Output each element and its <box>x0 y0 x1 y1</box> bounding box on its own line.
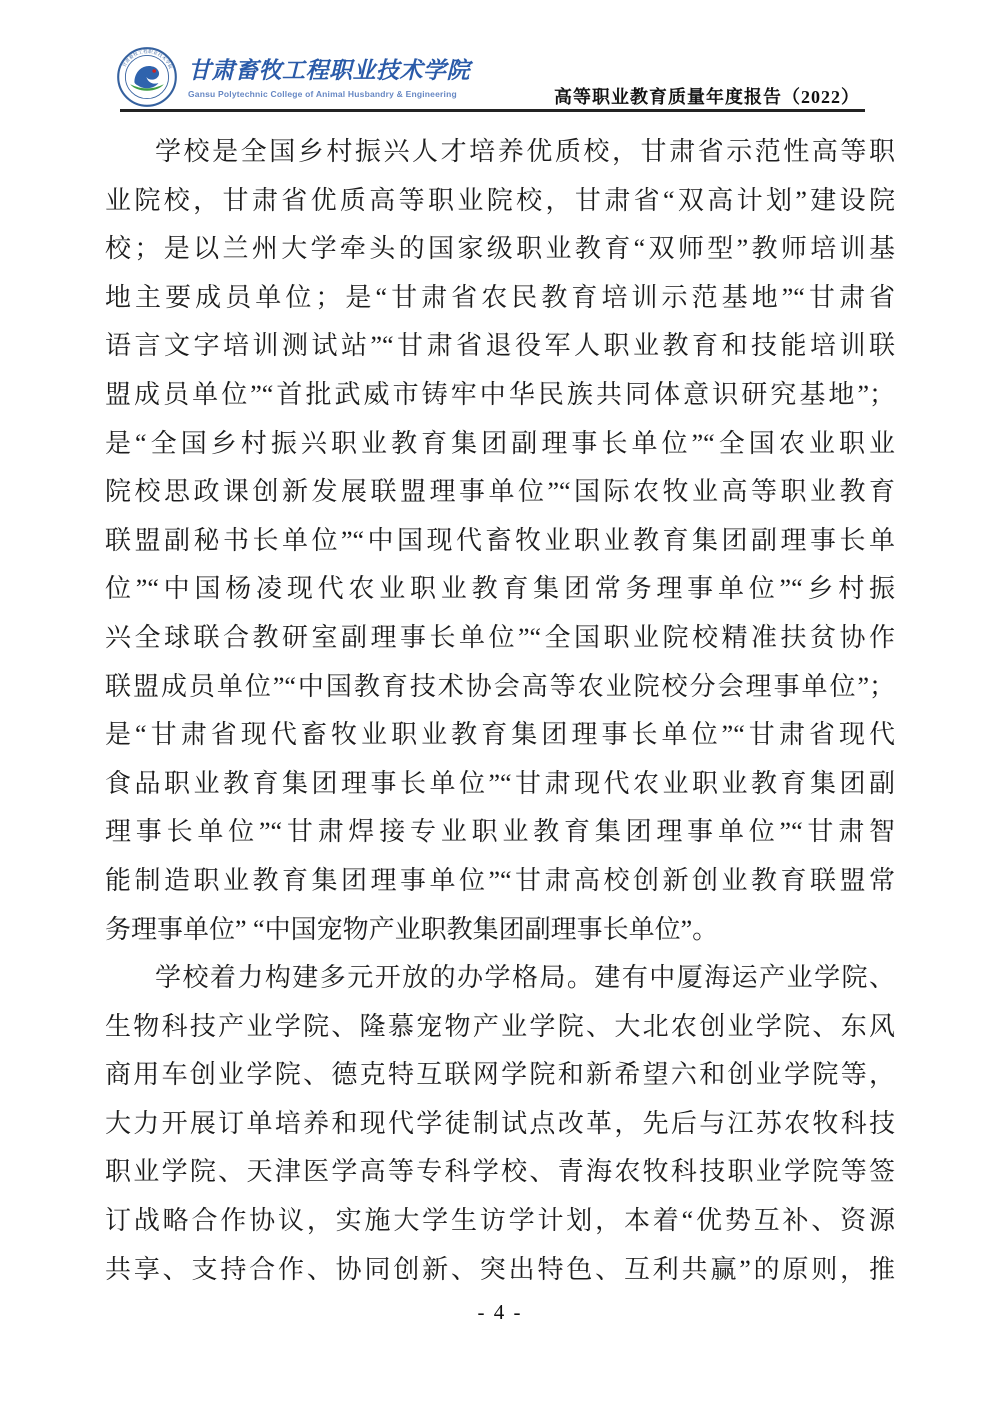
body-line: 盟成员单位”“首批武威市铸牢中华民族共同体意识研究基地”； <box>105 371 895 420</box>
body-line: 位”“中国杨凌现代农业职业教育集团常务理事单位”“乡村振 <box>105 565 895 614</box>
college-seal-icon: 甘肃畜牧工程职业技术学院 <box>117 47 177 107</box>
body-line: 理事长单位”“甘肃焊接专业职业教育集团理事单位”“甘肃智 <box>105 808 895 857</box>
body-line: 大力开展订单培养和现代学徒制试点改革，先后与江苏农牧科技 <box>105 1100 895 1149</box>
body-line: 院校思政课创新发展联盟理事单位”“国际农牧业高等职业教育 <box>105 468 895 517</box>
body-line: 校；是以兰州大学牵头的国家级职业教育“双师型”教师培训基 <box>105 225 895 274</box>
paragraph-2: 学校着力构建多元开放的办学格局。建有中厦海运产业学院、 生物科技产业学院、隆慕宠… <box>105 954 895 1294</box>
body-line: 是“全国乡村振兴职业教育集团副理事长单位”“全国农业职业 <box>105 420 895 469</box>
body-line: 地主要成员单位；是“甘肃省农民教育培训示范基地”“甘肃省 <box>105 274 895 323</box>
body-line: 务理事单位” “中国宠物产业职教集团副理事长单位”。 <box>105 906 895 955</box>
body-line: 是“甘肃省现代畜牧业职业教育集团理事长单位”“甘肃省现代 <box>105 711 895 760</box>
document-page: 甘肃畜牧工程职业技术学院 甘肃畜牧工程职业技术学院 Gansu Polytech… <box>0 0 1000 1415</box>
page-footer: - 4 - <box>0 1300 1000 1325</box>
college-name-chinese: 甘肃畜牧工程职业技术学院 <box>188 57 518 85</box>
body-line: 食品职业教育集团理事长单位”“甘肃现代农业职业教育集团副 <box>105 760 895 809</box>
body-line: 学校着力构建多元开放的办学格局。建有中厦海运产业学院、 <box>105 954 895 1003</box>
body-line: 能制造职业教育集团理事单位”“甘肃高校创新创业教育联盟常 <box>105 857 895 906</box>
body-line: 共享、支持合作、协同创新、突出特色、互利共赢”的原则，推 <box>105 1246 895 1295</box>
college-name-block: 甘肃畜牧工程职业技术学院 Gansu Polytechnic College o… <box>188 57 518 99</box>
body-line: 联盟副秘书长单位”“中国现代畜牧业职业教育集团副理事长单 <box>105 517 895 566</box>
college-name-english: Gansu Polytechnic College of Animal Husb… <box>188 89 518 99</box>
document-body: 学校是全国乡村振兴人才培养优质校，甘肃省示范性高等职 业院校，甘肃省优质高等职业… <box>105 128 895 1294</box>
body-line: 兴全球联合教研室副理事长单位”“全国职业院校精准扶贫协作 <box>105 614 895 663</box>
body-line: 学校是全国乡村振兴人才培养优质校，甘肃省示范性高等职 <box>105 128 895 177</box>
body-line: 职业学院、天津医学高等专科学校、青海农牧科技职业学院等签 <box>105 1148 895 1197</box>
body-line: 订战略合作协议，实施大学生访学计划，本着“优势互补、资源 <box>105 1197 895 1246</box>
body-line: 联盟成员单位”“中国教育技术协会高等农业院校分会理事单位”； <box>105 663 895 712</box>
paragraph-1: 学校是全国乡村振兴人才培养优质校，甘肃省示范性高等职 业院校，甘肃省优质高等职业… <box>105 128 895 954</box>
body-line: 语言文字培训测试站”“甘肃省退役军人职业教育和技能培训联 <box>105 322 895 371</box>
body-line: 商用车创业学院、德克特互联网学院和新希望六和创业学院等， <box>105 1051 895 1100</box>
report-title: 高等职业教育质量年度报告（2022） <box>554 83 860 109</box>
body-line: 生物科技产业学院、隆慕宠物产业学院、大北农创业学院、东风 <box>105 1003 895 1052</box>
header-divider <box>120 109 865 112</box>
body-line: 业院校，甘肃省优质高等职业院校，甘肃省“双高计划”建设院 <box>105 177 895 226</box>
page-number: - 4 - <box>478 1300 523 1324</box>
